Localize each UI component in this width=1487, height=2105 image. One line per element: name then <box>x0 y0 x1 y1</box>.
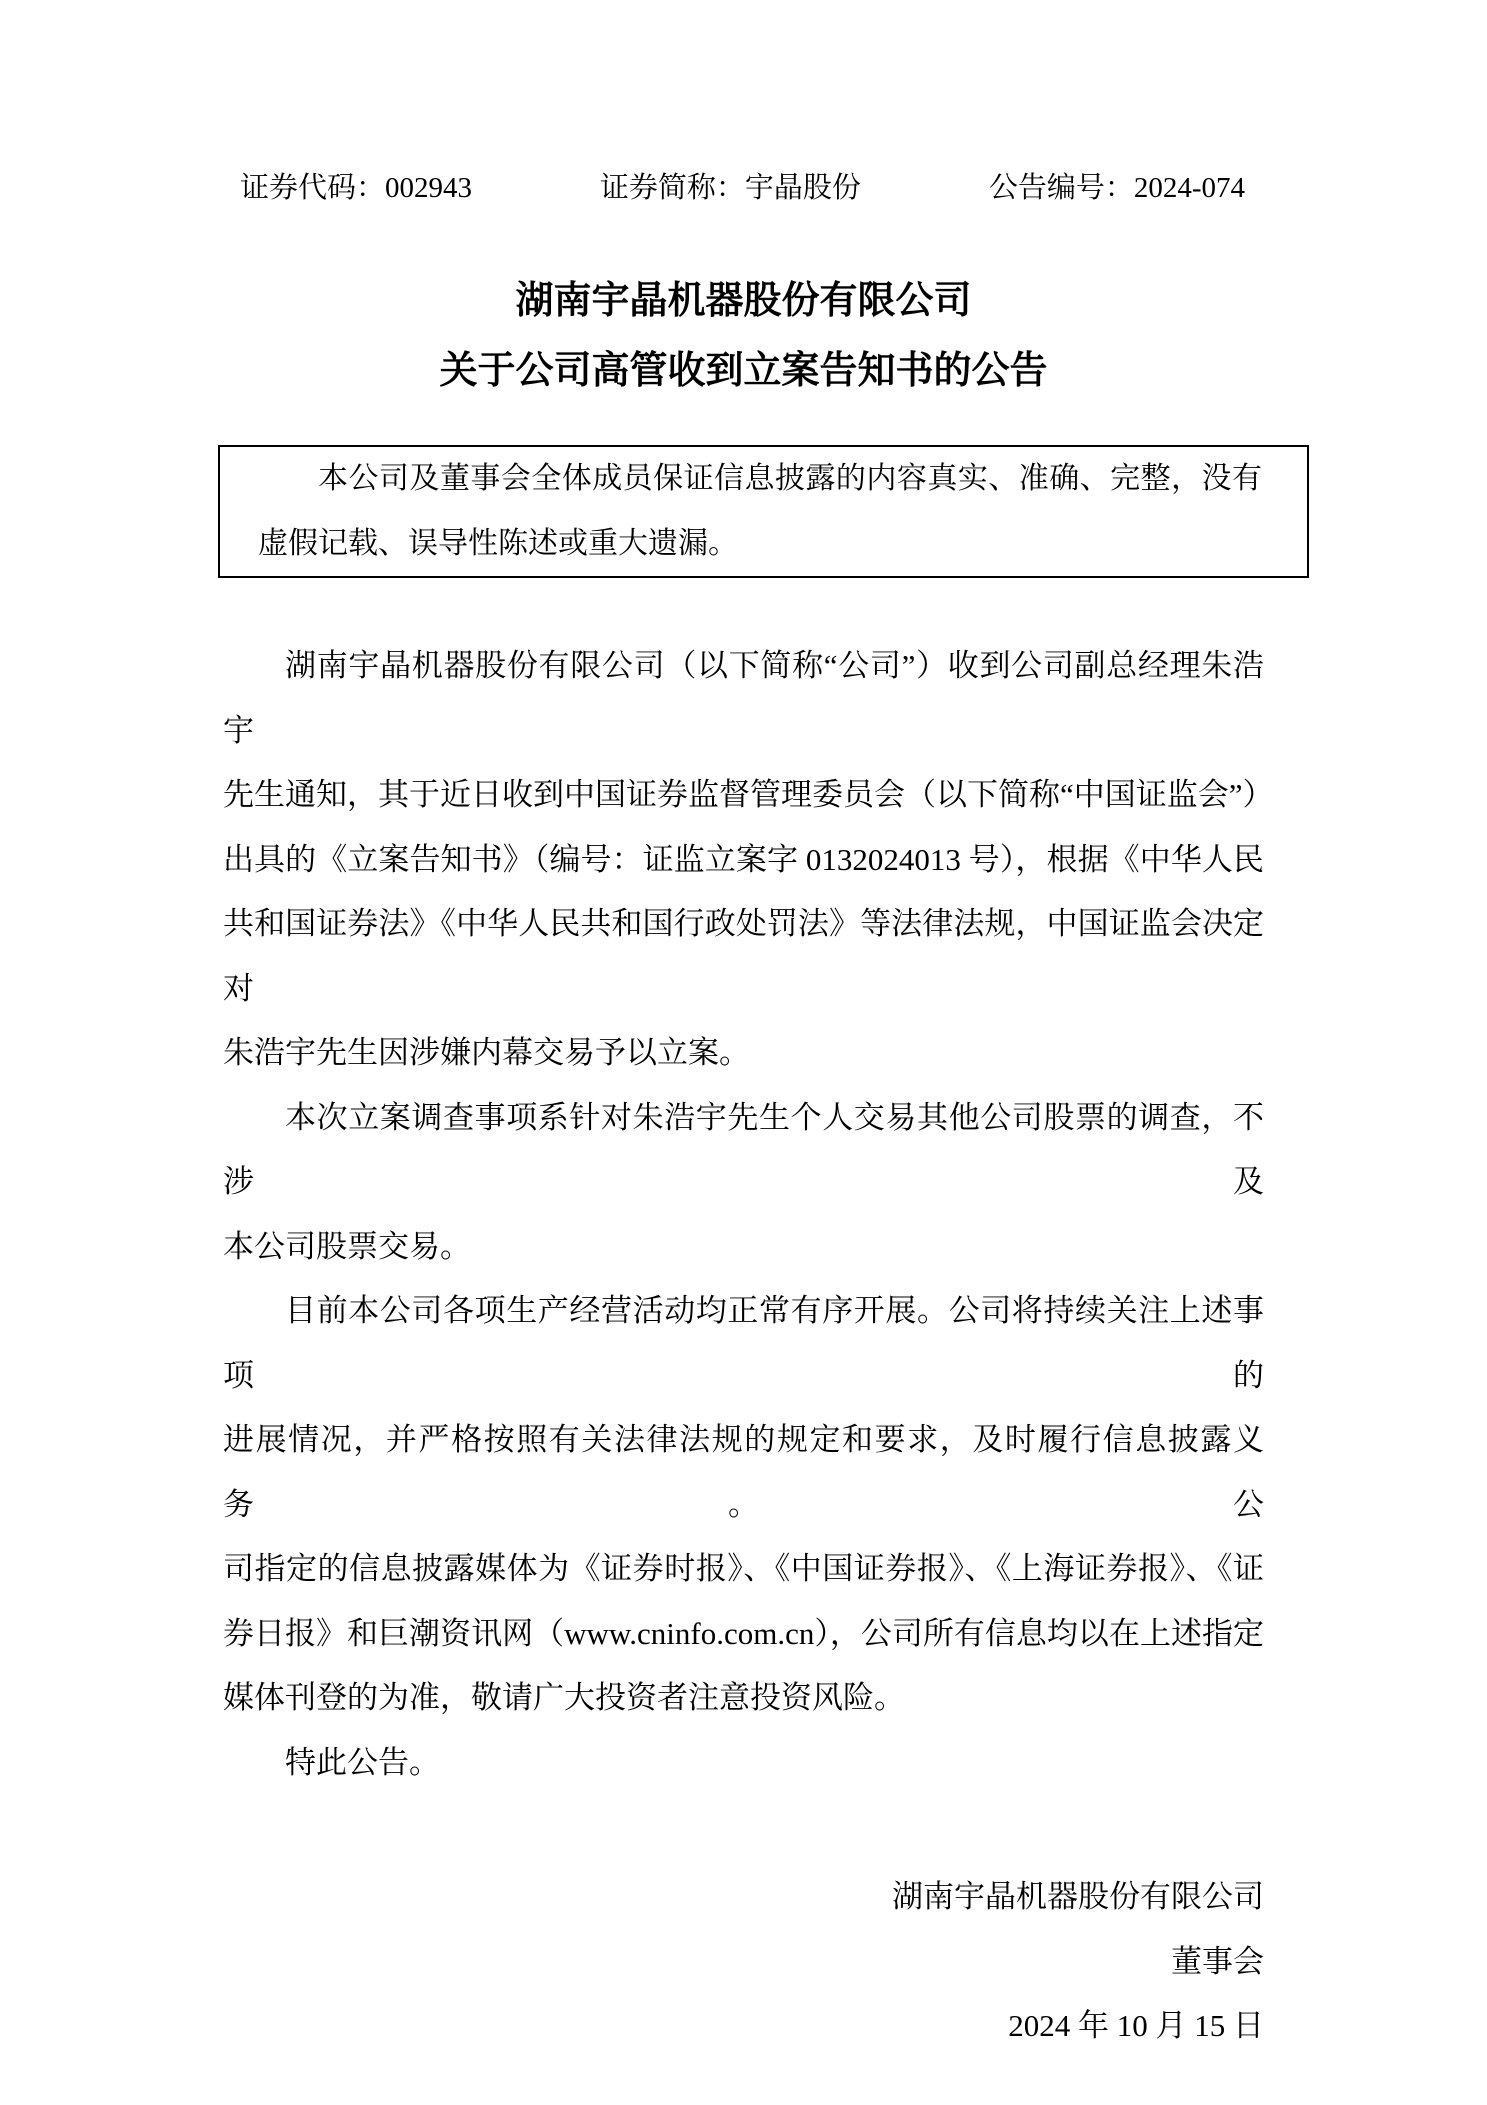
paragraph-line: 本公司股票交易。 <box>223 1215 1264 1280</box>
paragraph-line: 共和国证券法》《中华人民共和国行政处罚法》等法律法规，中国证监会决定对 <box>223 892 1264 1021</box>
signature-board: 董事会 <box>223 1930 1264 1995</box>
announcement-document: 证券代码：002943 证券简称：宇晶股份 公告编号：2024-074 湖南宇晶… <box>0 0 1487 2105</box>
disclaimer-box: 本公司及董事会全体成员保证信息披露的内容真实、准确、完整，没有 虚假记载、误导性… <box>218 445 1309 578</box>
paragraph-line: 媒体刊登的为准，敬请广大投资者注意投资风险。 <box>223 1666 1264 1731</box>
paragraph-line: 湖南宇晶机器股份有限公司（以下简称“公司”）收到公司副总经理朱浩宇 <box>223 634 1264 763</box>
document-title-block: 湖南宇晶机器股份有限公司 关于公司高管收到立案告知书的公告 <box>223 278 1264 394</box>
stock-code: 证券代码：002943 <box>240 165 472 206</box>
paragraph-line: 先生通知，其于近日收到中国证券监督管理委员会（以下简称“中国证监会”） <box>223 763 1264 828</box>
paragraph-line: 朱浩宇先生因涉嫌内幕交易予以立案。 <box>223 1021 1264 1086</box>
closing-statement: 特此公告。 <box>223 1731 1264 1796</box>
announcement-number: 公告编号：2024-074 <box>989 165 1245 206</box>
document-header: 证券代码：002943 证券简称：宇晶股份 公告编号：2024-074 <box>223 0 1264 206</box>
paragraph-line: 进展情况，并严格按照有关法律法规的规定和要求，及时履行信息披露义务。公 <box>223 1408 1264 1537</box>
signature-block: 湖南宇晶机器股份有限公司 董事会 2024 年 10 月 15 日 <box>223 1865 1264 2059</box>
announcement-title: 关于公司高管收到立案告知书的公告 <box>223 348 1264 394</box>
paragraph-line: 券日报》和巨潮资讯网（www.cninfo.com.cn），公司所有信息均以在上… <box>223 1602 1264 1667</box>
signature-date: 2024 年 10 月 15 日 <box>223 1994 1264 2059</box>
stock-abbreviation: 证券简称：宇晶股份 <box>600 165 861 206</box>
paragraph-line: 本次立案调查事项系针对朱浩宇先生个人交易其他公司股票的调查，不涉及 <box>223 1086 1264 1215</box>
paragraph-line: 目前本公司各项生产经营活动均正常有序开展。公司将持续关注上述事项的 <box>223 1279 1264 1408</box>
announcement-body: 湖南宇晶机器股份有限公司（以下简称“公司”）收到公司副总经理朱浩宇 先生通知，其… <box>223 634 1264 1795</box>
paragraph-line: 司指定的信息披露媒体为《证券时报》、《中国证券报》、《上海证券报》、《证 <box>223 1537 1264 1602</box>
disclaimer-line: 本公司及董事会全体成员保证信息披露的内容真实、准确、完整，没有 <box>258 447 1262 512</box>
paragraph-line: 出具的《立案告知书》（编号：证监立案字 0132024013 号），根据《中华人… <box>223 828 1264 893</box>
signature-company: 湖南宇晶机器股份有限公司 <box>223 1865 1264 1930</box>
disclaimer-line: 虚假记载、误导性陈述或重大遗漏。 <box>258 512 1262 577</box>
company-name-title: 湖南宇晶机器股份有限公司 <box>223 278 1264 324</box>
